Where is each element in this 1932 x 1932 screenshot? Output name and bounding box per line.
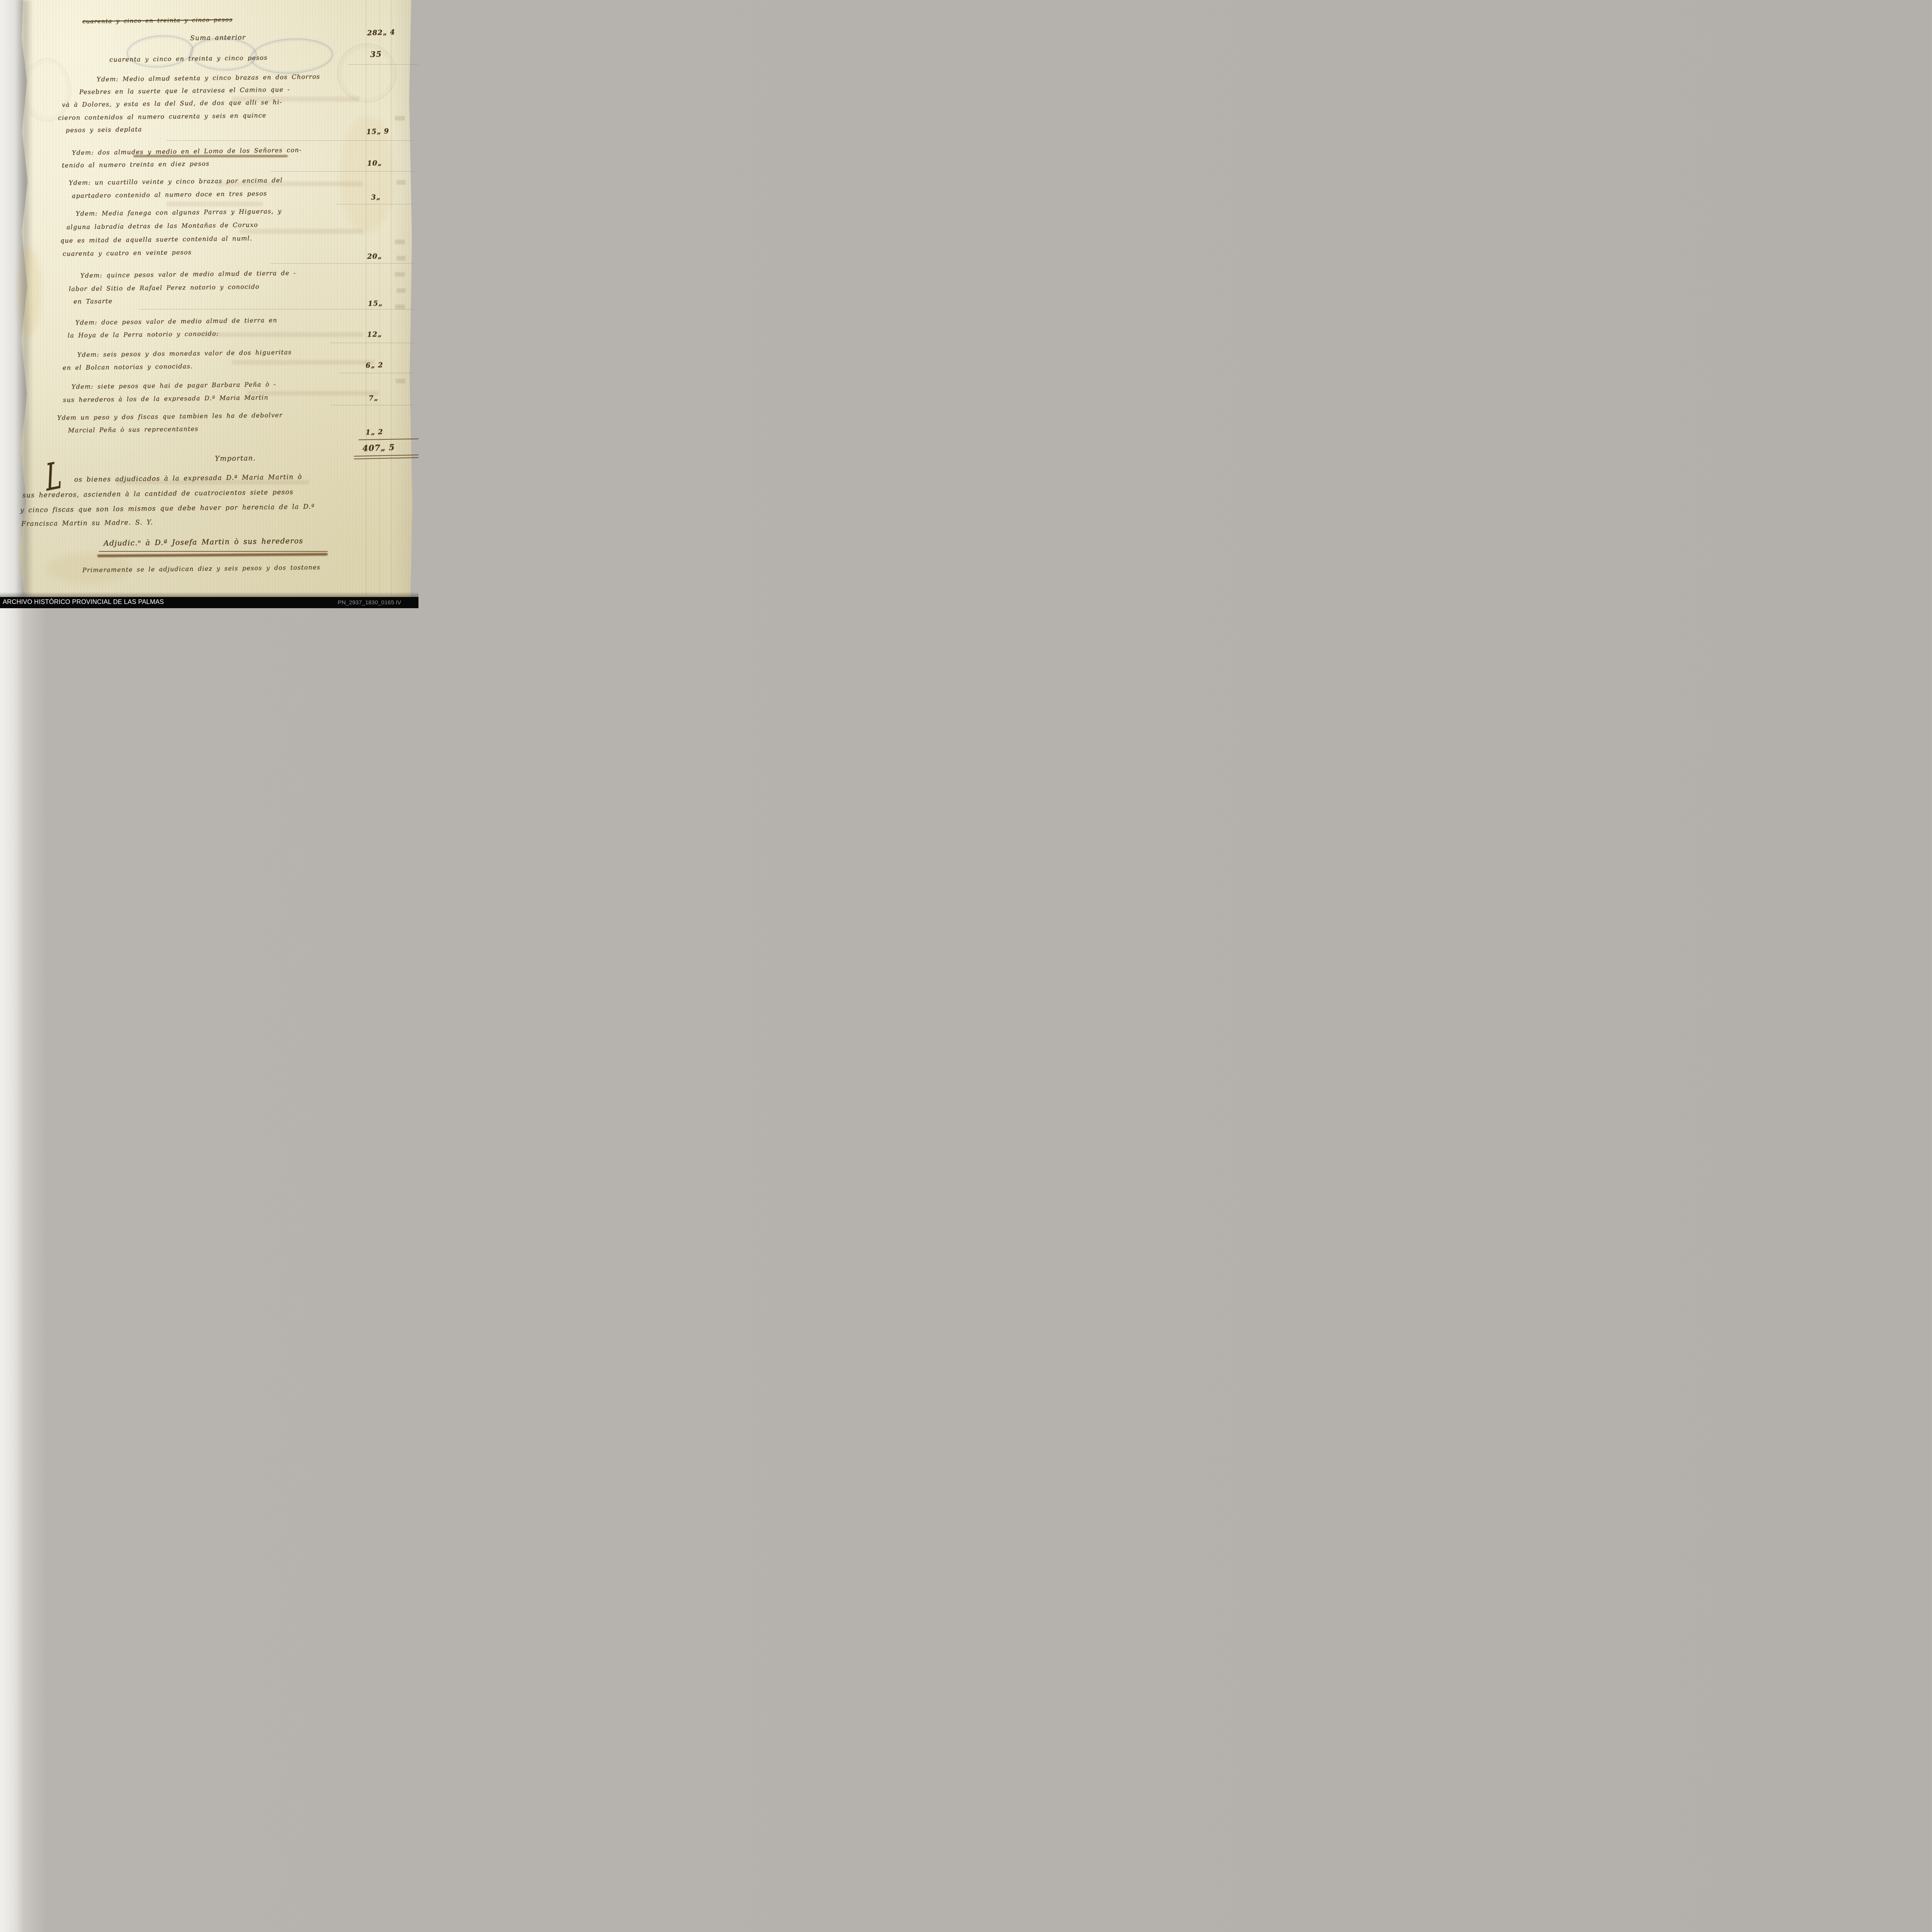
bleed-through-text [240, 229, 363, 234]
pencil-rule [270, 263, 413, 264]
bleed-through-text [166, 202, 263, 206]
suma-anterior-label: Suma anterior [190, 34, 246, 42]
bleed-through-number [395, 240, 405, 244]
entry-amount: 3„ [371, 193, 381, 202]
pencil-rule [270, 171, 413, 172]
entry-line: en Tasarte [73, 297, 112, 305]
embossed-dry-seal [337, 43, 396, 103]
bleed-through-text [201, 332, 363, 337]
entry-amount: 10„ [367, 159, 382, 167]
bleed-through-number [396, 256, 406, 260]
pencil-rule [335, 204, 413, 204]
reference-number: PN_2937_1830_0165 IV [338, 599, 401, 606]
pencil-column-line [379, 0, 380, 595]
heading-underline [99, 551, 328, 552]
bleed-through-number [395, 116, 405, 121]
ymportan-label: Ymportan. [215, 454, 256, 463]
archive-name: ARCHIVO HISTÓRICO PROVINCIAL DE LAS PALM… [3, 599, 164, 606]
pencil-rule [348, 64, 418, 65]
entry-amount: 15„ [368, 299, 383, 308]
bleed-through-number [396, 180, 406, 185]
pencil-rule [330, 405, 413, 405]
entry-line: pesos y seis deplata [66, 126, 142, 134]
bleed-through-number [396, 379, 405, 383]
entry-amount: 6„ 2 [366, 361, 383, 370]
pencil-rule [166, 140, 413, 141]
entry-amount: 12„ [367, 330, 382, 338]
total-amount: 407„ 5 [362, 442, 395, 453]
suma-anterior-amount: 282„ 4 [367, 28, 395, 37]
pencil-rule [338, 373, 413, 373]
entry-amount: 20„ [367, 252, 382, 260]
entry-amount: 1„ 2 [366, 428, 383, 437]
entry-amount: 7„ [369, 394, 379, 403]
bleed-through-text [232, 360, 375, 365]
entry-amount: 15„ 9 [366, 127, 389, 136]
embossed-dry-seal [22, 58, 71, 122]
opening-amount: 35 [370, 49, 382, 59]
pencil-rule [139, 309, 413, 310]
summary-line: Francisca Martin su Madre. S. Y. [21, 519, 153, 528]
paper-stain [18, 247, 41, 336]
bleed-through-number [396, 288, 406, 293]
pencil-column-line [391, 0, 391, 595]
bleed-through-number [395, 272, 405, 277]
ink-smear [133, 155, 288, 157]
page-bottom-shadow [0, 592, 418, 597]
manuscript-scan-page: { "doc": { "crossed_out_line": "cuarenta… [0, 0, 418, 608]
footer-bar: ARCHIVO HISTÓRICO PROVINCIAL DE LAS PALM… [0, 597, 418, 608]
pencil-rule [330, 343, 413, 343]
bleed-through-number [395, 304, 405, 309]
pencil-column-line [366, 0, 366, 595]
